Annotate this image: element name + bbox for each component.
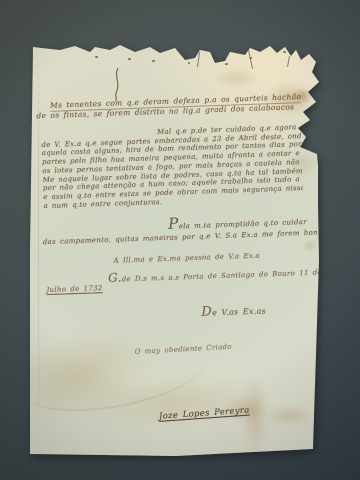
ink-flourish [111,67,124,101]
manuscript-paper-wrap: Ms tenentes com q.e deram defeza p.a os … [26,44,320,458]
body-paragraph: Mal q.e p.de ter cuidado q.e agora de V.… [41,123,304,210]
valediction: De V.as Ex.as [201,306,266,317]
courtesy-line: A Ill.ma e Ex.ma pessoa de V.a Ex.a [113,252,260,265]
petition-line-1: Pela m.ta promptidão q.to cuidar [168,216,307,231]
handwritten-text-layer: Ms tenentes com q.e deram defeza p.a os … [24,34,332,458]
signoff-line: O may obediente Criado [135,343,233,356]
date-margin-note: Julho de 1732 [46,284,102,294]
signature: Joze Lopes Pereyra [159,406,250,422]
petition-line-2: das campamento, quitas maneiras por q.e … [43,228,341,246]
manuscript-paper: Ms tenentes com q.e deram defeza p.a os … [26,44,320,458]
date-place-line: G.de D.s m.s a.s Porta de Santiago do Bo… [108,267,322,283]
